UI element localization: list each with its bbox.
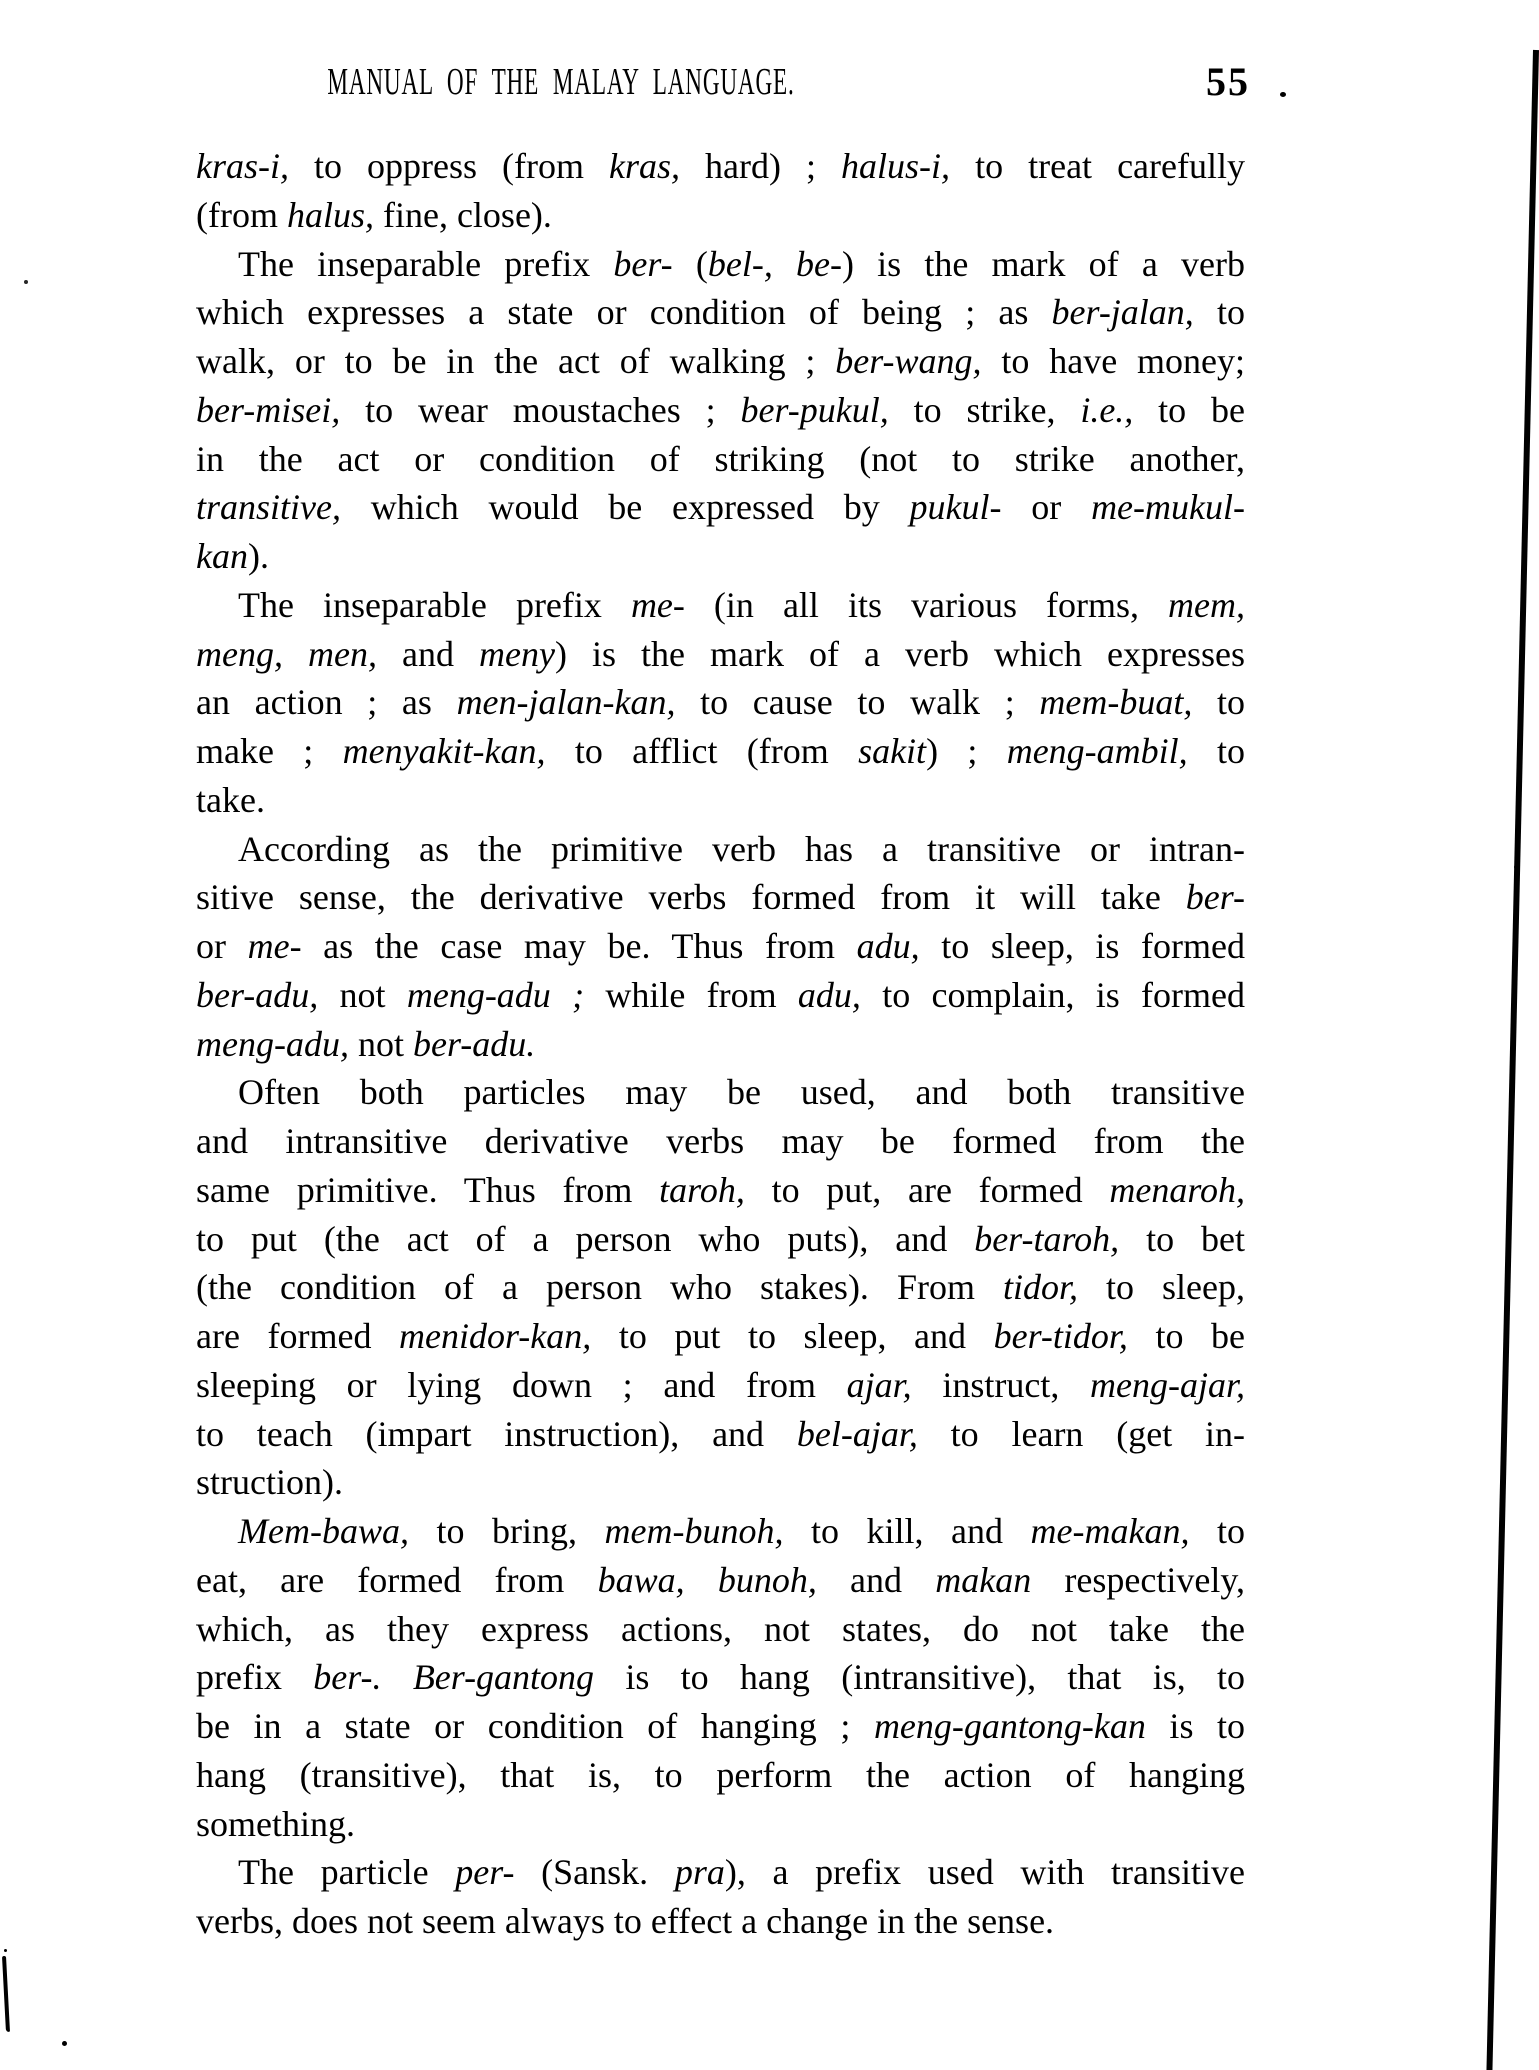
italic-text-run: ber-taroh, bbox=[974, 1219, 1119, 1259]
italic-text-run: taroh, bbox=[659, 1170, 745, 1210]
text-run: and bbox=[817, 1560, 935, 1600]
text-line: or me- as the case may be. Thus from adu… bbox=[196, 922, 1245, 971]
italic-text-run: me-mukul- bbox=[1091, 487, 1245, 527]
text-line: are formed menidor-kan, to put to sleep,… bbox=[196, 1312, 1245, 1361]
text-run: is to bbox=[1146, 1706, 1245, 1746]
italic-text-run: meng-ambil, bbox=[1007, 731, 1188, 771]
text-line: (from halus, fine, close). bbox=[196, 191, 1245, 240]
text-line: meng-adu, not ber-adu. bbox=[196, 1020, 1245, 1069]
italic-text-run: menidor-kan, bbox=[399, 1316, 591, 1356]
italic-text-run: mem, bbox=[1168, 585, 1245, 625]
text-line: take. bbox=[196, 776, 1245, 825]
text-line: sitive sense, the derivative verbs forme… bbox=[196, 873, 1245, 922]
text-line: meng, men, and meny) is the mark of a ve… bbox=[196, 630, 1245, 679]
italic-text-run: menaroh, bbox=[1109, 1170, 1245, 1210]
text-run: to bbox=[1194, 292, 1245, 332]
italic-text-run: ber-adu, bbox=[196, 975, 318, 1015]
italic-text-run: ber-wang, bbox=[835, 341, 981, 381]
text-line: be in a state or condition of hanging ; … bbox=[196, 1702, 1245, 1751]
text-run: ), a prefix used with transitive bbox=[725, 1852, 1245, 1892]
text-line: walk, or to be in the act of walking ; b… bbox=[196, 337, 1245, 386]
text-run: ) is the mark of a verb which expresses bbox=[555, 634, 1245, 674]
italic-text-run: men-jalan-kan, bbox=[457, 682, 676, 722]
text-run: which would be expressed by bbox=[341, 487, 910, 527]
text-run: or bbox=[196, 926, 248, 966]
text-line: verbs, does not seem always to effect a … bbox=[196, 1897, 1245, 1946]
italic-text-run: bawa, bunoh, bbox=[598, 1560, 817, 1600]
text-run: or bbox=[1002, 487, 1092, 527]
text-run: to sleep, is formed bbox=[920, 926, 1245, 966]
text-run: to learn (get in- bbox=[918, 1414, 1245, 1454]
text-run: and bbox=[377, 634, 479, 674]
text-run: to bring, bbox=[409, 1511, 605, 1551]
text-run: hard) ; bbox=[680, 146, 841, 186]
text-run: in the act or condition of striking (not… bbox=[196, 439, 1245, 479]
italic-text-run: kan bbox=[196, 536, 248, 576]
text-run: sitive sense, the derivative verbs forme… bbox=[196, 877, 1186, 917]
italic-text-run: Mem-bawa, bbox=[238, 1511, 409, 1551]
text-run: The inseparable prefix bbox=[238, 585, 631, 625]
text-run: (Sansk. bbox=[514, 1852, 674, 1892]
text-run: prefix bbox=[196, 1657, 313, 1697]
text-line: to teach (impart instruction), and bel-a… bbox=[196, 1410, 1245, 1459]
italic-text-run: me- bbox=[248, 926, 302, 966]
text-run: to teach (impart instruction), and bbox=[196, 1414, 797, 1454]
text-line: Mem-bawa, to bring, mem-bunoh, to kill, … bbox=[196, 1507, 1245, 1556]
italic-text-run: kras, bbox=[609, 146, 680, 186]
italic-text-run: ajar, bbox=[847, 1365, 912, 1405]
italic-text-run: meng-adu, bbox=[196, 1024, 349, 1064]
text-run: and intransitive derivative verbs may be… bbox=[196, 1121, 1245, 1161]
text-run: to cause to walk ; bbox=[676, 682, 1040, 722]
text-run: to kill, and bbox=[783, 1511, 1030, 1551]
text-line: struction). bbox=[196, 1458, 1245, 1507]
text-run: make ; bbox=[196, 731, 343, 771]
text-run: not bbox=[318, 975, 407, 1015]
text-line: The inseparable prefix ber- (bel-, be-) … bbox=[196, 240, 1245, 289]
text-line: transitive, which would be expressed by … bbox=[196, 483, 1245, 532]
italic-text-run: ber- bbox=[1186, 877, 1245, 917]
text-run: fine, close). bbox=[374, 195, 552, 235]
italic-text-run: tidor, bbox=[1003, 1267, 1078, 1307]
text-line: The particle per- (Sansk. pra), a prefix… bbox=[196, 1848, 1245, 1897]
text-run: ( bbox=[673, 244, 708, 284]
text-run bbox=[773, 244, 796, 284]
text-run: ) ; bbox=[926, 731, 1007, 771]
text-run: According as the primitive verb has a tr… bbox=[238, 829, 1245, 869]
text-run: same primitive. Thus from bbox=[196, 1170, 659, 1210]
text-line: make ; menyakit-kan, to afflict (from sa… bbox=[196, 727, 1245, 776]
paragraph: The inseparable prefix me- (in all its v… bbox=[196, 581, 1245, 825]
italic-text-run: meny bbox=[479, 634, 555, 674]
scan-edge-line-artifact bbox=[1486, 50, 1539, 2070]
italic-text-run: per- bbox=[455, 1852, 514, 1892]
ink-dot-artifact bbox=[1280, 92, 1286, 97]
paragraph: Often both particles may be used, and bo… bbox=[196, 1068, 1245, 1507]
page-number: 55 bbox=[1206, 62, 1250, 102]
text-line: eat, are formed from bawa, bunoh, and ma… bbox=[196, 1556, 1245, 1605]
text-line: an action ; as men-jalan-kan, to cause t… bbox=[196, 678, 1245, 727]
text-line: ber-adu, not meng-adu ; while from adu, … bbox=[196, 971, 1245, 1020]
text-run: to put, are formed bbox=[745, 1170, 1110, 1210]
text-block: kras-i, to oppress (from kras, hard) ; h… bbox=[196, 142, 1245, 1946]
italic-text-run: meng, men, bbox=[196, 634, 377, 674]
text-line: (the condition of a person who stakes). … bbox=[196, 1263, 1245, 1312]
italic-text-run: bel-ajar, bbox=[797, 1414, 918, 1454]
text-run: to treat carefully bbox=[950, 146, 1245, 186]
italic-text-run: halus, bbox=[287, 195, 374, 235]
text-line: prefix ber-. Ber-gantong is to hang (int… bbox=[196, 1653, 1245, 1702]
italic-text-run: ber- bbox=[613, 244, 672, 284]
italic-text-run: meng-adu ; bbox=[407, 975, 584, 1015]
italic-text-run: meng-ajar, bbox=[1090, 1365, 1245, 1405]
text-run: (from bbox=[196, 195, 287, 235]
italic-text-run: ber-misei, bbox=[196, 390, 340, 430]
italic-text-run: transitive, bbox=[196, 487, 341, 527]
text-run: hang (transitive), that is, to perform t… bbox=[196, 1755, 1245, 1795]
text-run: something. bbox=[196, 1804, 355, 1844]
text-run: to have money; bbox=[982, 341, 1245, 381]
text-run: verbs, does not seem always to effect a … bbox=[196, 1901, 1054, 1941]
text-run: while from bbox=[584, 975, 798, 1015]
text-line: which expresses a state or condition of … bbox=[196, 288, 1245, 337]
text-line: kan). bbox=[196, 532, 1245, 581]
italic-text-run: i.e., bbox=[1080, 390, 1133, 430]
ink-dot-artifact bbox=[62, 2041, 67, 2046]
text-run: Often both particles may be used, and bo… bbox=[238, 1072, 1245, 1112]
italic-text-run: meng-gantong-kan bbox=[874, 1706, 1146, 1746]
text-run: to complain, is formed bbox=[861, 975, 1245, 1015]
text-run: to sleep, bbox=[1078, 1267, 1245, 1307]
paragraph: Mem-bawa, to bring, mem-bunoh, to kill, … bbox=[196, 1507, 1245, 1848]
italic-text-run: mem-buat, bbox=[1039, 682, 1192, 722]
paragraph: The inseparable prefix ber- (bel-, be-) … bbox=[196, 240, 1245, 581]
paragraph: According as the primitive verb has a tr… bbox=[196, 825, 1245, 1069]
text-run: eat, are formed from bbox=[196, 1560, 598, 1600]
italic-text-run: sakit bbox=[858, 731, 926, 771]
text-run: as the case may be. Thus from bbox=[302, 926, 857, 966]
text-run: to bbox=[1192, 682, 1245, 722]
text-run: instruct, bbox=[912, 1365, 1090, 1405]
scan-corner-stroke-artifact bbox=[2, 1956, 10, 2032]
text-run: to put to sleep, and bbox=[591, 1316, 993, 1356]
italic-text-run: ber-pukul, bbox=[740, 390, 888, 430]
text-line: in the act or condition of striking (not… bbox=[196, 435, 1245, 484]
text-run: an action ; as bbox=[196, 682, 457, 722]
text-line: same primitive. Thus from taroh, to put,… bbox=[196, 1166, 1245, 1215]
italic-text-run: pra bbox=[675, 1852, 725, 1892]
text-line: something. bbox=[196, 1800, 1245, 1849]
italic-text-run: me-makan, bbox=[1031, 1511, 1190, 1551]
text-run: to oppress (from bbox=[289, 146, 609, 186]
text-line: hang (transitive), that is, to perform t… bbox=[196, 1751, 1245, 1800]
paragraph: kras-i, to oppress (from kras, hard) ; h… bbox=[196, 142, 1245, 240]
text-run: to bbox=[1188, 731, 1245, 771]
text-line: sleeping or lying down ; and from ajar, … bbox=[196, 1361, 1245, 1410]
text-run: which, as they express actions, not stat… bbox=[196, 1609, 1245, 1649]
text-line: The inseparable prefix me- (in all its v… bbox=[196, 581, 1245, 630]
text-run: are formed bbox=[196, 1316, 399, 1356]
italic-text-run: ber-. bbox=[313, 1657, 381, 1697]
text-run: sleeping or lying down ; and from bbox=[196, 1365, 847, 1405]
text-run: to be bbox=[1133, 390, 1245, 430]
ink-dot-artifact bbox=[24, 280, 28, 284]
italic-text-run: makan bbox=[935, 1560, 1031, 1600]
text-line: kras-i, to oppress (from kras, hard) ; h… bbox=[196, 142, 1245, 191]
text-run: to strike, bbox=[889, 390, 1081, 430]
paragraph: The particle per- (Sansk. pra), a prefix… bbox=[196, 1848, 1245, 1946]
italic-text-run: halus-i, bbox=[841, 146, 950, 186]
text-run: to afflict (from bbox=[546, 731, 859, 771]
text-run: struction). bbox=[196, 1462, 343, 1502]
italic-text-run: menyakit-kan, bbox=[343, 731, 546, 771]
text-line: to put (the act of a person who puts), a… bbox=[196, 1215, 1245, 1264]
text-run: walk, or to be in the act of walking ; bbox=[196, 341, 835, 381]
text-run: ). bbox=[248, 536, 269, 576]
text-line: According as the primitive verb has a tr… bbox=[196, 825, 1245, 874]
text-run: be in a state or condition of hanging ; bbox=[196, 1706, 874, 1746]
italic-text-run: me- bbox=[631, 585, 685, 625]
text-run: which expresses a state or condition of … bbox=[196, 292, 1052, 332]
text-run: to be bbox=[1128, 1316, 1245, 1356]
text-run: to wear moustaches ; bbox=[340, 390, 740, 430]
italic-text-run: adu, bbox=[798, 975, 861, 1015]
text-line: which, as they express actions, not stat… bbox=[196, 1605, 1245, 1654]
italic-text-run: ber-tidor, bbox=[994, 1316, 1128, 1356]
text-line: and intransitive derivative verbs may be… bbox=[196, 1117, 1245, 1166]
text-run: is to hang (intransitive), that is, to bbox=[594, 1657, 1245, 1697]
italic-text-run: bel-, bbox=[708, 244, 773, 284]
text-run: ) is the mark of a verb bbox=[842, 244, 1245, 284]
italic-text-run: adu, bbox=[857, 926, 920, 966]
running-title: MANUAL OF THE MALAY LANGUAGE. bbox=[321, 64, 801, 102]
text-run: to bet bbox=[1119, 1219, 1245, 1259]
italic-text-run: mem-bunoh, bbox=[605, 1511, 784, 1551]
italic-text-run: ber-jalan, bbox=[1052, 292, 1194, 332]
text-run bbox=[382, 1657, 413, 1697]
text-run: to put (the act of a person who puts), a… bbox=[196, 1219, 974, 1259]
text-run: not bbox=[349, 1024, 413, 1064]
italic-text-run: Ber-gantong bbox=[413, 1657, 594, 1697]
text-run: respectively, bbox=[1031, 1560, 1245, 1600]
text-run: to bbox=[1189, 1511, 1245, 1551]
text-run: The particle bbox=[238, 1852, 455, 1892]
italic-text-run: pukul- bbox=[910, 487, 1002, 527]
italic-text-run: kras-i, bbox=[196, 146, 289, 186]
text-line: ber-misei, to wear moustaches ; ber-puku… bbox=[196, 386, 1245, 435]
italic-text-run: be- bbox=[796, 244, 842, 284]
ink-dot-artifact bbox=[4, 1949, 7, 1952]
text-run: (the condition of a person who stakes). … bbox=[196, 1267, 1003, 1307]
ink-dot-artifact bbox=[1514, 865, 1518, 869]
italic-text-run: ber-adu. bbox=[413, 1024, 535, 1064]
text-line: Often both particles may be used, and bo… bbox=[196, 1068, 1245, 1117]
text-run: take. bbox=[196, 780, 265, 820]
text-run: The inseparable prefix bbox=[238, 244, 613, 284]
text-run: (in all its various forms, bbox=[685, 585, 1168, 625]
book-page: MANUAL OF THE MALAY LANGUAGE. 55 kras-i,… bbox=[0, 0, 1539, 2070]
